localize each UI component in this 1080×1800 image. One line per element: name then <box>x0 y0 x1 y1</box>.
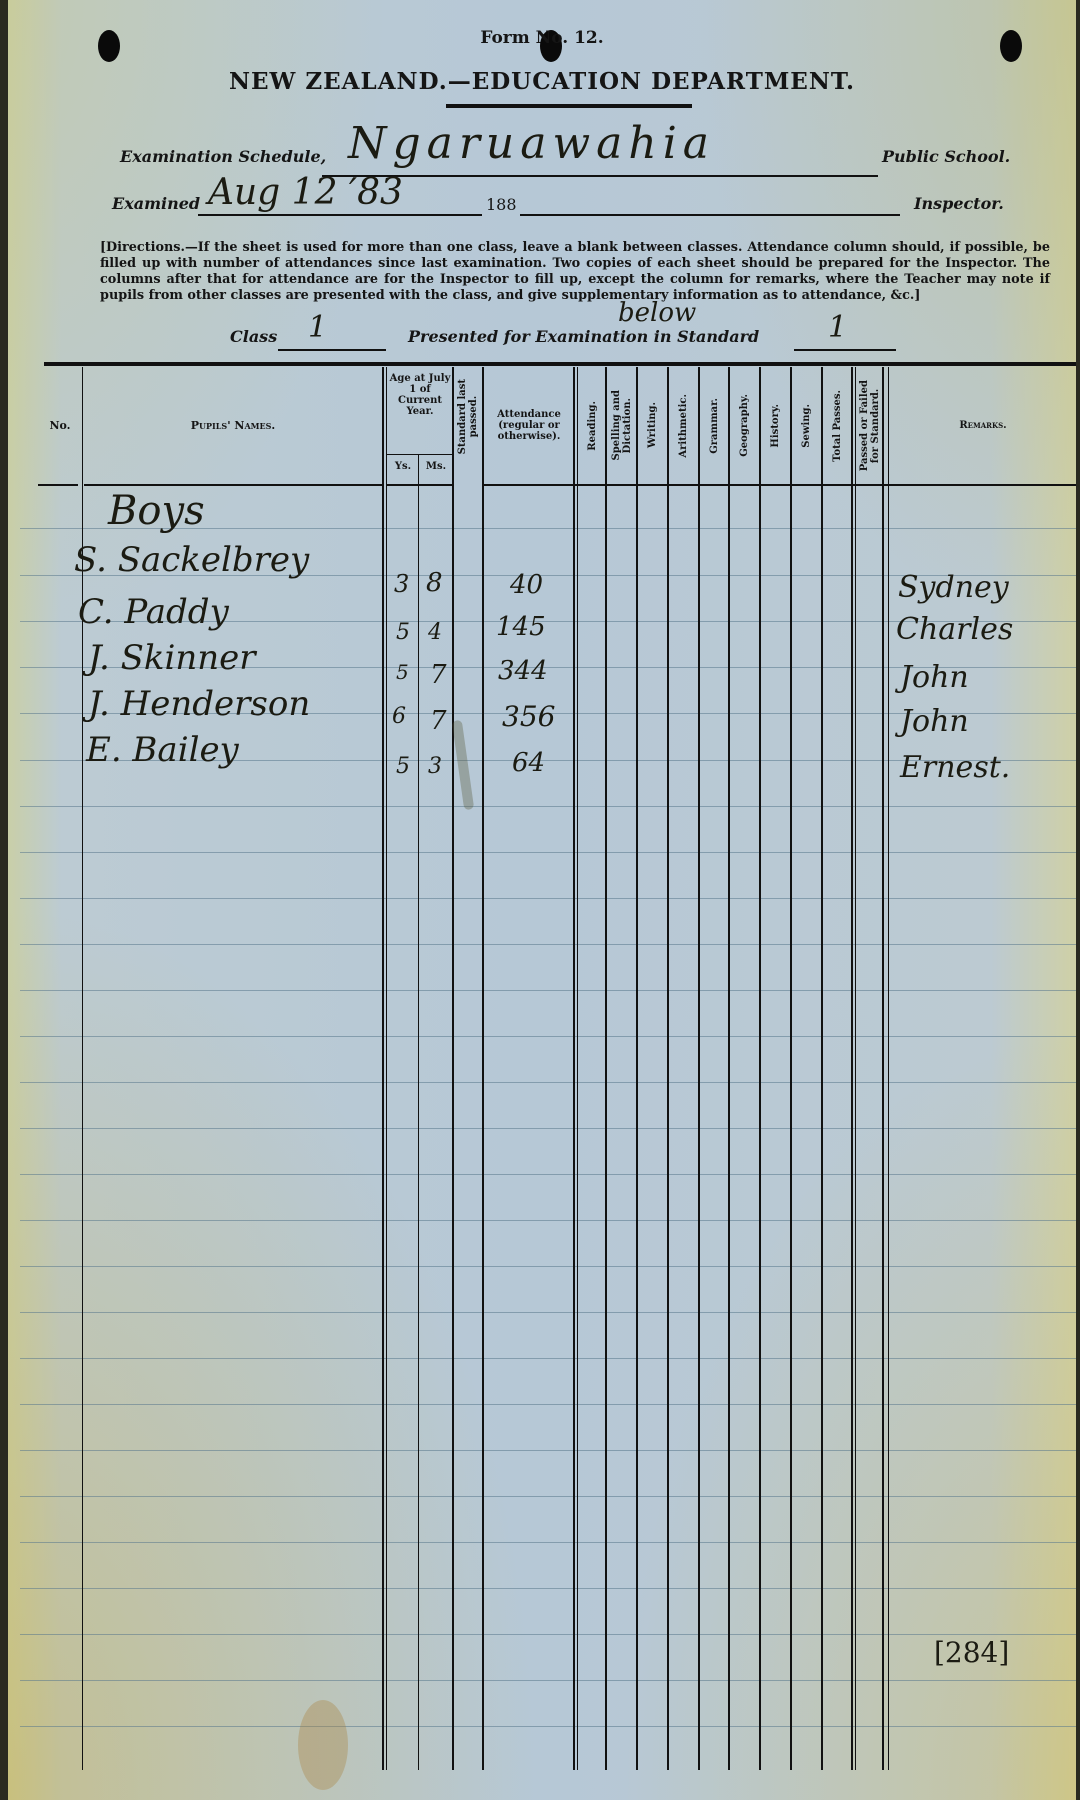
remarks: Ernest. <box>900 750 1010 785</box>
remarks: John <box>900 704 969 739</box>
presented-correction: below <box>618 298 696 328</box>
age-years: 5 <box>396 620 410 645</box>
standard-line <box>794 349 896 351</box>
attendance: 64 <box>512 748 545 778</box>
remarks: Sydney <box>898 570 1009 605</box>
header-bottom-rule-age <box>386 484 454 486</box>
school-name: Ngaruawahia <box>348 118 715 169</box>
header-age: Age at July 1 of Current Year. <box>388 373 452 417</box>
examined-date-line <box>198 214 482 216</box>
attendance: 356 <box>502 700 555 733</box>
age-subheader-rule <box>386 454 452 455</box>
header-standard-last-passed: Standard last passed. <box>454 367 482 467</box>
pupil-name: S. Sackelbrey <box>74 540 309 580</box>
age-months: 4 <box>428 620 442 645</box>
header-bottom-rule-names <box>84 484 382 486</box>
pupil-name: C. Paddy <box>78 592 229 632</box>
header-no: No. <box>38 367 82 484</box>
header-bottom-rule-no <box>38 484 78 486</box>
examined-label: Examined <box>112 194 200 213</box>
header-years: Ys. <box>388 461 418 472</box>
header-passed-failed: Passed or Failed for Standard. <box>857 367 882 484</box>
standard-value: 1 <box>828 310 847 345</box>
schedule-label: Examination Schedule, <box>120 147 326 166</box>
pupil-name: E. Bailey <box>86 730 239 770</box>
header-sewing: Sewing. <box>792 367 821 484</box>
header-attendance: Attendance (regular or otherwise). <box>486 367 572 484</box>
attendance: 145 <box>496 612 546 642</box>
age-years: 3 <box>394 570 409 598</box>
header-remarks: Remarks. <box>890 367 1076 484</box>
header-geography: Geography. <box>730 367 759 484</box>
directions-text: [Directions.—If the sheet is used for mo… <box>100 240 1050 304</box>
pupil-name: J. Skinner <box>88 638 256 678</box>
attendance: 344 <box>498 656 548 686</box>
header-months: Ms. <box>420 461 452 472</box>
header-writing: Writing. <box>638 367 667 484</box>
header-total-passes: Total Passes. <box>823 367 851 484</box>
title-underline <box>446 104 692 108</box>
presented-label: Presented for Examination in Standard <box>408 327 759 346</box>
age-months: 8 <box>426 568 443 598</box>
remarks: John <box>900 660 969 695</box>
examined-date: Aug 12 ′83 <box>208 172 403 213</box>
remarks: Charles <box>896 612 1013 647</box>
school-suffix: Public School. <box>882 147 1010 166</box>
age-months: 7 <box>430 706 447 736</box>
water-stain <box>298 1700 348 1790</box>
age-years: 6 <box>392 704 406 729</box>
class-value: 1 <box>308 310 327 345</box>
archive-annotation: [284] <box>934 1636 1009 1669</box>
ink-smudge <box>452 720 474 811</box>
attendance: 40 <box>510 570 543 600</box>
header-spelling-dictation: Spelling and Dictation. <box>607 367 636 484</box>
inspector-line <box>520 214 900 216</box>
header-pupils-names: Pupils' Names. <box>84 367 382 484</box>
year-prefix: 188 <box>486 195 517 214</box>
header-reading: Reading. <box>579 367 605 484</box>
form-number: Form No. 12. <box>8 28 1076 48</box>
age-years: 5 <box>396 754 410 779</box>
header-grammar: Grammar. <box>700 367 728 484</box>
department-title: NEW ZEALAND.—EDUCATION DEPARTMENT. <box>8 68 1076 95</box>
header-history: History. <box>761 367 790 484</box>
age-years: 5 <box>396 660 409 684</box>
header-arithmetic: Arithmetic. <box>669 367 698 484</box>
pupil-name: J. Henderson <box>88 684 310 724</box>
school-name-line <box>322 175 878 177</box>
class-label: Class <box>230 327 277 346</box>
table-top-rule <box>44 362 1076 366</box>
age-months: 7 <box>430 660 447 690</box>
examination-schedule-sheet: Form No. 12. NEW ZEALAND.—EDUCATION DEPA… <box>8 0 1076 1800</box>
age-months: 3 <box>428 754 442 779</box>
group-heading: Boys <box>108 488 205 534</box>
class-line <box>278 349 386 351</box>
inspector-label: Inspector. <box>914 194 1004 213</box>
